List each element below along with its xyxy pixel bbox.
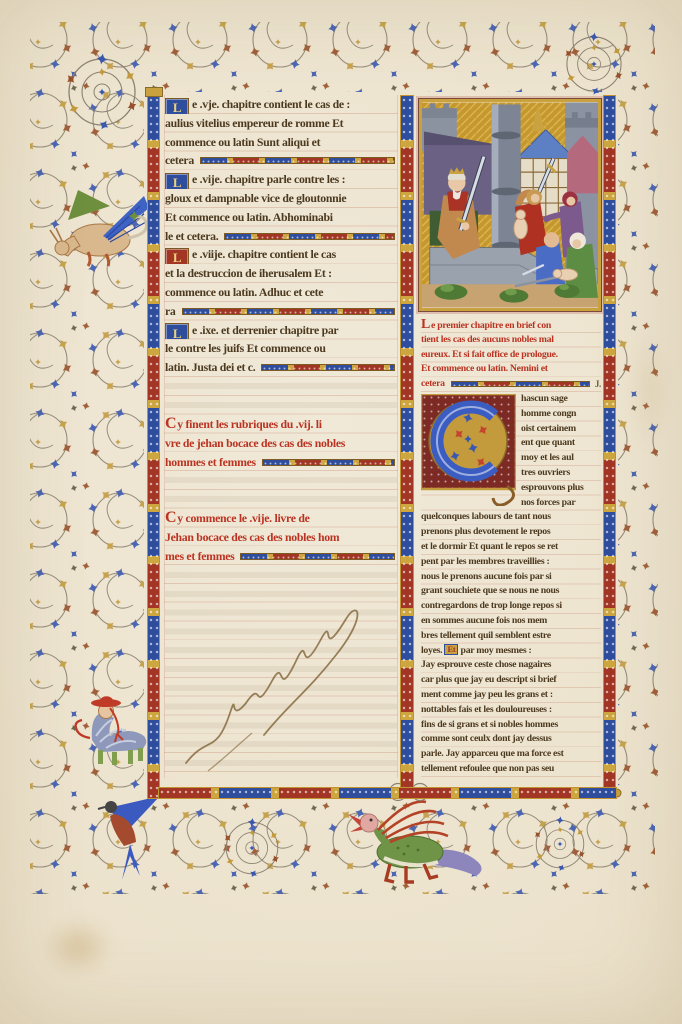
rubric-line: eureux. Et si fait office de prologue. — [421, 348, 601, 363]
chapter-line: Et commence ou latin. Abhominabi — [165, 208, 397, 227]
body-line: en sommes aucune fois nos mem — [421, 614, 601, 629]
chapter-line: gloux et dampnable vice de gloutonnie — [165, 189, 397, 208]
illuminated-initial: L — [165, 248, 189, 264]
illuminated-initial: L — [165, 98, 189, 114]
illuminated-initial: L — [165, 323, 189, 339]
rubric-line: cetera — [421, 377, 445, 392]
body-line: nos forces par — [521, 496, 601, 511]
body-line: nottables fais et les douloureuses : — [421, 703, 601, 718]
body-line: prenons plus devotement le repos — [421, 525, 601, 540]
chapter-line: e .vije. chapitre parle contre les : — [192, 172, 345, 186]
body-line: pent par les membres traveillies : — [421, 555, 601, 570]
center-bar-border — [400, 95, 414, 799]
body-line: car plus que jay eu descript si brief — [421, 673, 601, 688]
blank-ruled-lines — [165, 566, 397, 778]
chapter-rubric: Le premier chapitre en brief con tient l… — [421, 318, 601, 392]
body-text: par moy mesmes : — [458, 645, 531, 656]
chapter-line: aulius vitelius empereur de romme Et — [165, 114, 397, 133]
miniature-painting — [419, 99, 601, 311]
body-line: et le dormir Et quant le repos se ret — [421, 540, 601, 555]
body-line: moy et les aul — [521, 451, 601, 466]
rubric-line: hommes et femmes — [165, 453, 256, 472]
body-line: ment comme jay peu les grans et : — [421, 688, 601, 703]
chapter-line: commence ou latin. Adhuc et cete — [165, 283, 397, 302]
left-bar-border — [147, 95, 160, 799]
bar-gold-cap — [145, 87, 163, 97]
historiated-initial-C — [421, 394, 516, 506]
massacre-scene-illustration — [422, 102, 598, 308]
chapter-entry: Le .vije. chapitre parle contre les : gl… — [165, 170, 397, 245]
chapter-entry: Le .viije. chapitre contient le cas et l… — [165, 245, 397, 320]
rubric-line: tient les cas des aucuns nobles mal — [421, 333, 601, 348]
chapter-entry: Le .vje. chapitre contient le cas de : a… — [165, 95, 397, 170]
blank-ruled-lines — [165, 471, 397, 509]
chapter-line: commence ou latin Sunt aliqui et — [165, 133, 397, 152]
line-filler-ornament — [451, 381, 590, 387]
body-line: homme congn — [521, 407, 601, 422]
rubric-line: Jehan bocace des cas des nobles hom — [165, 528, 397, 547]
body-line: Jay esprouve ceste chose nagaires — [421, 658, 601, 673]
blank-ruled-lines — [165, 377, 397, 415]
chapter-line: ra — [165, 302, 176, 321]
illuminated-initial: L — [165, 173, 189, 189]
manuscript-page: Le .vje. chapitre contient le cas de : a… — [0, 0, 682, 1024]
body-line: parle. Jay apparceu que ma force est — [421, 747, 601, 762]
body-line: oist certainem — [521, 422, 601, 437]
body-line: comme sont ceulx dont jay dessus — [421, 732, 601, 747]
gilded-versal-et: Et — [444, 644, 458, 655]
body-line: contregardons de trop longe repos si — [421, 599, 601, 614]
body-line: tres ouvriers — [521, 466, 601, 481]
line-filler-ornament — [224, 233, 395, 240]
rubric-finent: Cy finent les rubriques du .vij. li vre … — [165, 415, 397, 471]
quire-mark: J. — [595, 377, 601, 392]
line-filler-ornament — [261, 364, 395, 371]
body-line: tellement refoulee que non pas seu — [421, 762, 601, 777]
prologue-body: hascun sage homme congn oist certainem e… — [421, 392, 601, 510]
body-line: bres tellement quil semblent estre — [421, 629, 601, 644]
rubric-line: y finent les rubriques du .vij. li — [177, 417, 322, 431]
body-text: loyes. — [421, 645, 444, 656]
rubric-initial: L — [421, 318, 430, 332]
rubric-initial: C — [165, 415, 176, 432]
rubric-commence: Cy commence le .vije. livre de Jehan boc… — [165, 509, 397, 565]
body-line: nous le prenons aucune fois par si — [421, 570, 601, 585]
chapter-line: cetera — [165, 151, 194, 170]
body-line: quelconques labours de tant nous — [421, 510, 601, 525]
line-filler-ornament — [240, 553, 395, 560]
line-filler-ornament — [200, 157, 395, 164]
body-line: esprouvons plus — [521, 481, 601, 496]
left-text-column: Le .vje. chapitre contient le cas de : a… — [164, 95, 398, 778]
chapter-line: et la destruccion de iherusalem Et : — [165, 264, 397, 283]
rubric-initial: C — [165, 509, 176, 526]
chapter-line: e .ixe. et derrenier chapitre par — [192, 323, 338, 337]
rubric-line: mes et femmes — [165, 547, 234, 566]
chapter-line: le et cetera. — [165, 227, 218, 246]
parchment-stain — [42, 918, 114, 976]
chapter-line: e .viije. chapitre contient le cas — [192, 247, 336, 261]
line-filler-ornament — [182, 308, 395, 315]
line-filler-ornament — [262, 459, 395, 466]
rubric-line: Et commence ou latin. Nemini et — [421, 362, 601, 377]
parchment-stain — [630, 330, 670, 450]
body-line: grant souchiete que se nous ne nous — [421, 584, 601, 599]
chapter-line: latin. Justa dei et c. — [165, 358, 255, 377]
right-bar-border — [603, 95, 616, 799]
chapter-line: le contre les juifs Et commence ou — [165, 339, 397, 358]
rubric-line: y commence le .vije. livre de — [177, 511, 309, 525]
chapter-line: e .vje. chapitre contient le cas de : — [192, 97, 350, 111]
rubric-line: e premier chapitre en brief con — [431, 320, 551, 331]
rubric-line: vre de jehan bocace des cas des nobles — [165, 434, 397, 453]
bottom-bar-border — [158, 787, 617, 799]
right-text-column: Le premier chapitre en brief con tient l… — [421, 318, 601, 777]
body-line-with-versal: loyes. Et par moy mesmes : — [421, 644, 601, 659]
body-line: fins de si grans et si nobles hommes — [421, 718, 601, 733]
body-line: hascun sage — [521, 392, 601, 407]
chapter-entry: Le .ixe. et derrenier chapitre par le co… — [165, 321, 397, 377]
body-line: ent que quant — [521, 436, 601, 451]
